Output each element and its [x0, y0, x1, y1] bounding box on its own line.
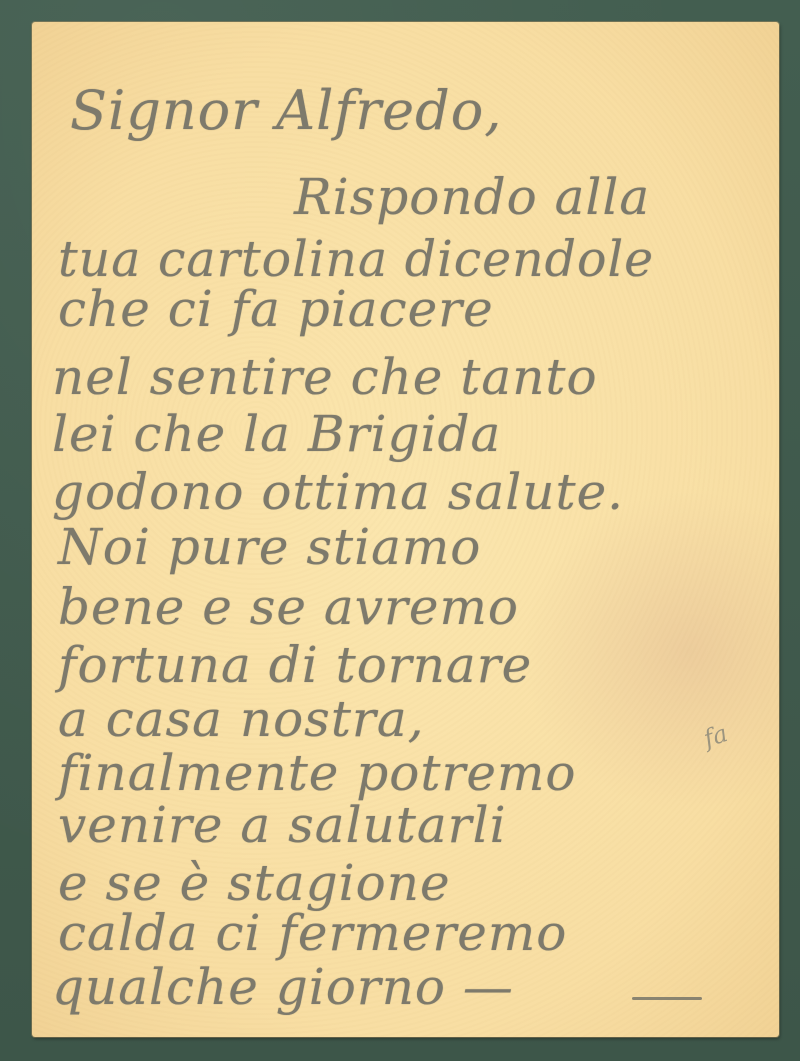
handwritten-letter: Signor Alfredo, Rispondo alla tua cartol… [32, 22, 779, 1037]
letter-line-10: a casa nostra, [58, 694, 425, 744]
letter-line-12: venire a salutarli [58, 800, 507, 850]
letter-line-11: finalmente potremo [58, 748, 577, 798]
letter-line-2: tua cartolina dicendole [58, 234, 654, 284]
salutation: Signor Alfredo, [70, 84, 502, 138]
postcard: Signor Alfredo, Rispondo alla tua cartol… [32, 22, 779, 1037]
letter-line-15: qualche giorno — [52, 962, 514, 1012]
letter-line-5: lei che la Brigida [52, 409, 501, 459]
letter-line-6: godono ottima salute. [52, 467, 624, 517]
letter-line-4: nel sentire che tanto [52, 352, 598, 402]
letter-line-1: Rispondo alla [294, 172, 650, 222]
letter-line-7: Noi pure stiamo [58, 522, 481, 572]
letter-line-9: fortuna di tornare [58, 640, 532, 690]
letter-line-14: calda ci fermeremo [58, 908, 567, 958]
closing-dash [632, 997, 702, 1000]
letter-line-13: e se è stagione [58, 858, 451, 908]
letter-line-3: che ci fa piacere [58, 284, 494, 334]
letter-line-8: bene e se avremo [58, 582, 519, 632]
margin-annotation: fa [700, 719, 731, 753]
